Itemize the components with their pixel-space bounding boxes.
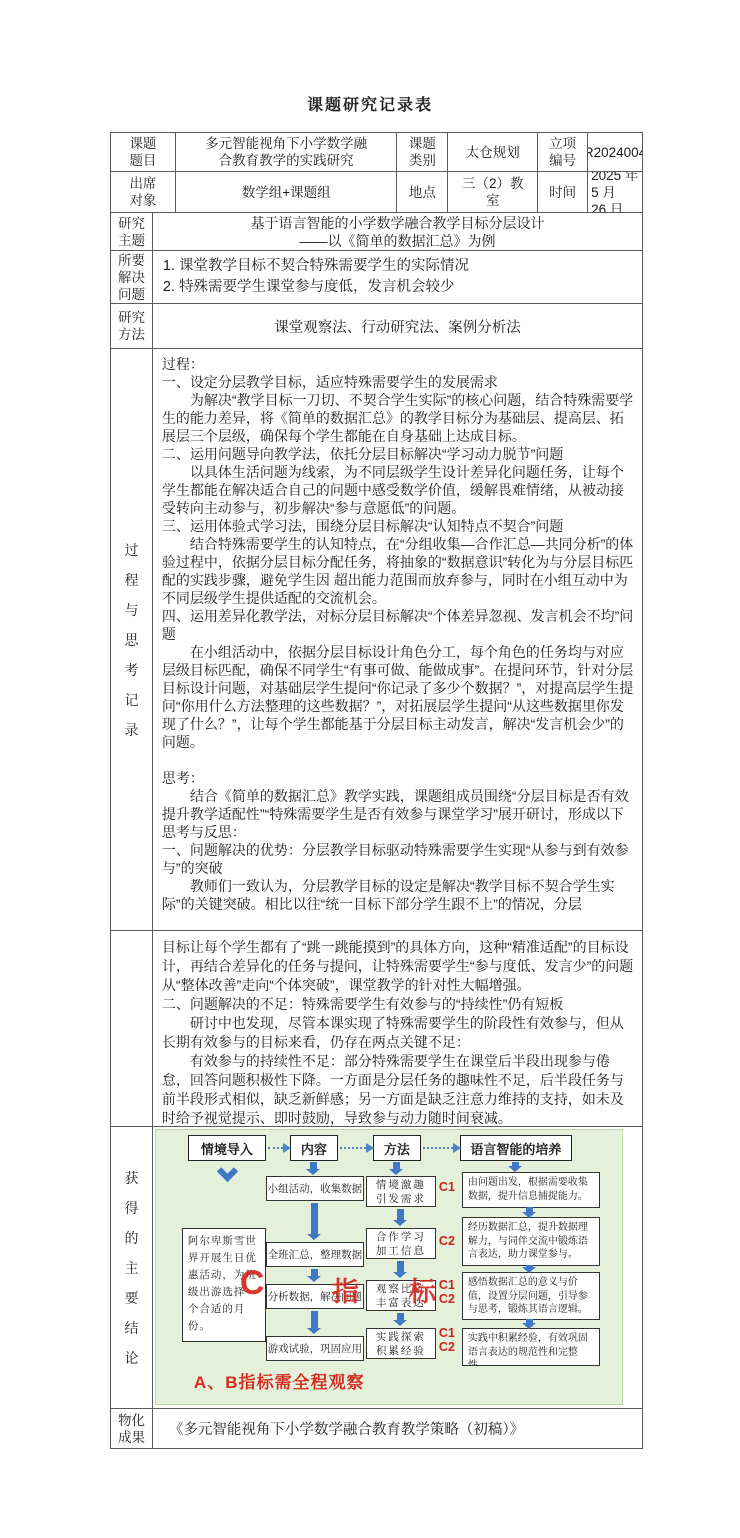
- flow-header-language: 语言智能的培养: [460, 1135, 572, 1161]
- outcome-label: 物化 成果: [111, 1409, 153, 1449]
- problem-item-2: 2. 特殊需要学生课堂参与度低，发言机会较少: [163, 277, 455, 298]
- c2-tag: C2: [439, 1340, 455, 1354]
- process-label-empty: [111, 931, 153, 1127]
- topic-label: 课题 题目: [111, 133, 176, 172]
- arrow-down-icon: [393, 1209, 408, 1226]
- overlay-zhi-annotation: 指: [332, 1270, 359, 1309]
- flow-box-method-4: 实践探索 积累经验: [366, 1328, 436, 1359]
- row-theme: 研究 主题 基于语言智能的小学数学融合教学目标分层设计 ——以《简单的数据汇总》…: [111, 213, 643, 251]
- row-outcome: 物化 成果 《多元智能视角下小学数学融合教育教学策略（初稿）》: [111, 1409, 643, 1449]
- dotted-arrow-icon: [268, 1147, 287, 1149]
- row-problems: 所要 解决 问题 1. 课堂教学目标不契合特殊需要学生的实际情况 2. 特殊需要…: [111, 251, 643, 304]
- row-attendee: 出席 对象 数学组+课题组 地点 三（2）教 室 时间 2025 年 5 月 2…: [111, 172, 643, 213]
- c1-tag: C1: [439, 1278, 455, 1292]
- c2-tag: C2: [439, 1292, 455, 1306]
- dotted-arrow-icon: [423, 1147, 457, 1149]
- arrow-down-icon: [307, 1311, 322, 1334]
- methods-label: 研究 方法: [111, 304, 153, 349]
- dotted-arrow-icon: [340, 1147, 370, 1149]
- conclusion-diagram: 情境导入 内容 方法 语言智能的培养 阿尔卑斯雪世界开展生日优惠活动，为班级出游…: [153, 1127, 643, 1409]
- theme-line2: ——以《简单的数据汇总》为例: [299, 232, 495, 250]
- time-value: 2025 年 5 月 26 日: [588, 172, 643, 213]
- problems-list: 1. 课堂教学目标不契合特殊需要学生的实际情况 2. 特殊需要学生课堂参与度低，…: [153, 251, 643, 304]
- row-methods: 研究 方法 课堂观察法、行动研究法、案例分析法: [111, 304, 643, 349]
- flow-box-method-1: 情境激趣 引发需求: [366, 1176, 436, 1207]
- time-label: 时间: [538, 172, 588, 213]
- row-topic: 课题 题目 多元智能视角下小学数学融 合教育教学的实践研究 课题 类别 太仓规划…: [111, 133, 643, 172]
- arrow-down-icon: [522, 1265, 537, 1273]
- flow-box-content-1: 小组活动，收集数据: [266, 1176, 364, 1201]
- number-label: 立项 编号: [538, 133, 588, 172]
- row-process: 过 程 与 思 考 记 录 过程： 一、设定分层教学目标，适应特殊需要学生的发展…: [111, 349, 643, 931]
- theme-value: 基于语言智能的小学数学融合教学目标分层设计 ——以《简单的数据汇总》为例: [153, 213, 643, 251]
- place-label: 地点: [397, 172, 448, 213]
- flow-box-content-2: 全班汇总，整理数据: [266, 1242, 364, 1267]
- theme-label: 研究 主题: [111, 213, 153, 251]
- overlay-biao-annotation: 标: [409, 1270, 436, 1309]
- arrow-down-icon: [307, 1203, 322, 1240]
- conclusion-label: 获 得 的 主 要 结 论: [111, 1127, 153, 1409]
- chevron-down-icon: [218, 1163, 238, 1181]
- number-value: R2024004: [588, 133, 643, 172]
- flow-box-content-4: 游戏试验，巩固应用: [266, 1336, 364, 1361]
- flow-header-intro: 情境导入: [188, 1135, 266, 1161]
- arrow-down-icon: [393, 1261, 408, 1278]
- doc-title: 课题研究记录表: [0, 92, 740, 115]
- flow-box-language-4: 实践中积累经验，有效巩固语言表达的规范性和完整性。: [462, 1328, 600, 1366]
- outcome-value: 《多元智能视角下小学数学融合教育教学策略（初稿）》: [153, 1409, 643, 1449]
- process-label: 过 程 与 思 考 记 录: [111, 349, 153, 931]
- row-conclusion: 获 得 的 主 要 结 论 情境导入 内容 方法 语言智能的培养 阿尔卑斯雪世界…: [111, 1127, 643, 1409]
- arrow-down-icon: [522, 1319, 537, 1329]
- category-value: 太仓规划: [448, 133, 538, 172]
- c1-tag: C1: [439, 1180, 455, 1194]
- arrow-down-icon: [306, 1162, 321, 1175]
- arrow-down-icon: [393, 1313, 408, 1326]
- arrow-down-icon: [389, 1162, 404, 1175]
- flow-header-content: 内容: [290, 1135, 338, 1161]
- problem-item-1: 1. 课堂教学目标不契合特殊需要学生的实际情况: [163, 256, 469, 277]
- flow-box-language-1: 由问题出发，根据需要收集数据，提升信息捕捉能力。: [462, 1172, 600, 1208]
- place-value: 三（2）教 室: [448, 172, 538, 213]
- record-table: 课题 题目 多元智能视角下小学数学融 合教育教学的实践研究 课题 类别 太仓规划…: [110, 132, 643, 1449]
- process-continued-text: 目标让每个学生都有了“跳一跳能摸到”的具体方向，这种“精准适配”的目标设计，再结…: [153, 931, 643, 1127]
- c2-tag: C2: [439, 1234, 455, 1248]
- arrow-down-icon: [307, 1269, 322, 1282]
- flowchart-panel: 情境导入 内容 方法 语言智能的培养 阿尔卑斯雪世界开展生日优惠活动，为班级出游…: [155, 1129, 623, 1405]
- topic-value: 多元智能视角下小学数学融 合教育教学的实践研究: [176, 133, 398, 172]
- observation-note: A、B指标需全程观察: [194, 1368, 365, 1393]
- flow-box-language-2: 经历数据汇总，提升数据理解力，与同伴交流中锻炼语言表达，助力课堂参与。: [462, 1217, 600, 1266]
- arrow-down-icon: [522, 1207, 537, 1218]
- row-process-continued: 目标让每个学生都有了“跳一跳能摸到”的具体方向，这种“精准适配”的目标设计，再结…: [111, 931, 643, 1127]
- theme-line1: 基于语言智能的小学数学融合教学目标分层设计: [250, 214, 544, 232]
- overlay-c-annotation: C: [240, 1264, 265, 1303]
- c1-tag: C1: [439, 1326, 455, 1340]
- process-text: 过程： 一、设定分层教学目标，适应特殊需要学生的发展需求 为解决“教学目标一刀切…: [153, 349, 643, 931]
- methods-value: 课堂观察法、行动研究法、案例分析法: [153, 304, 643, 349]
- flow-header-method: 方法: [373, 1135, 421, 1161]
- flow-box-language-3: 感悟数据汇总的意义与价值，设置分层问题，引导参与思考，锻炼其语言逻辑。: [462, 1272, 600, 1320]
- arrow-down-icon: [508, 1162, 523, 1172]
- attendee-label: 出席 对象: [111, 172, 176, 213]
- flow-box-method-2: 合作学习 加工信息: [366, 1228, 436, 1259]
- category-label: 课题 类别: [397, 133, 448, 172]
- problems-label: 所要 解决 问题: [111, 251, 153, 304]
- attendee-value: 数学组+课题组: [176, 172, 398, 213]
